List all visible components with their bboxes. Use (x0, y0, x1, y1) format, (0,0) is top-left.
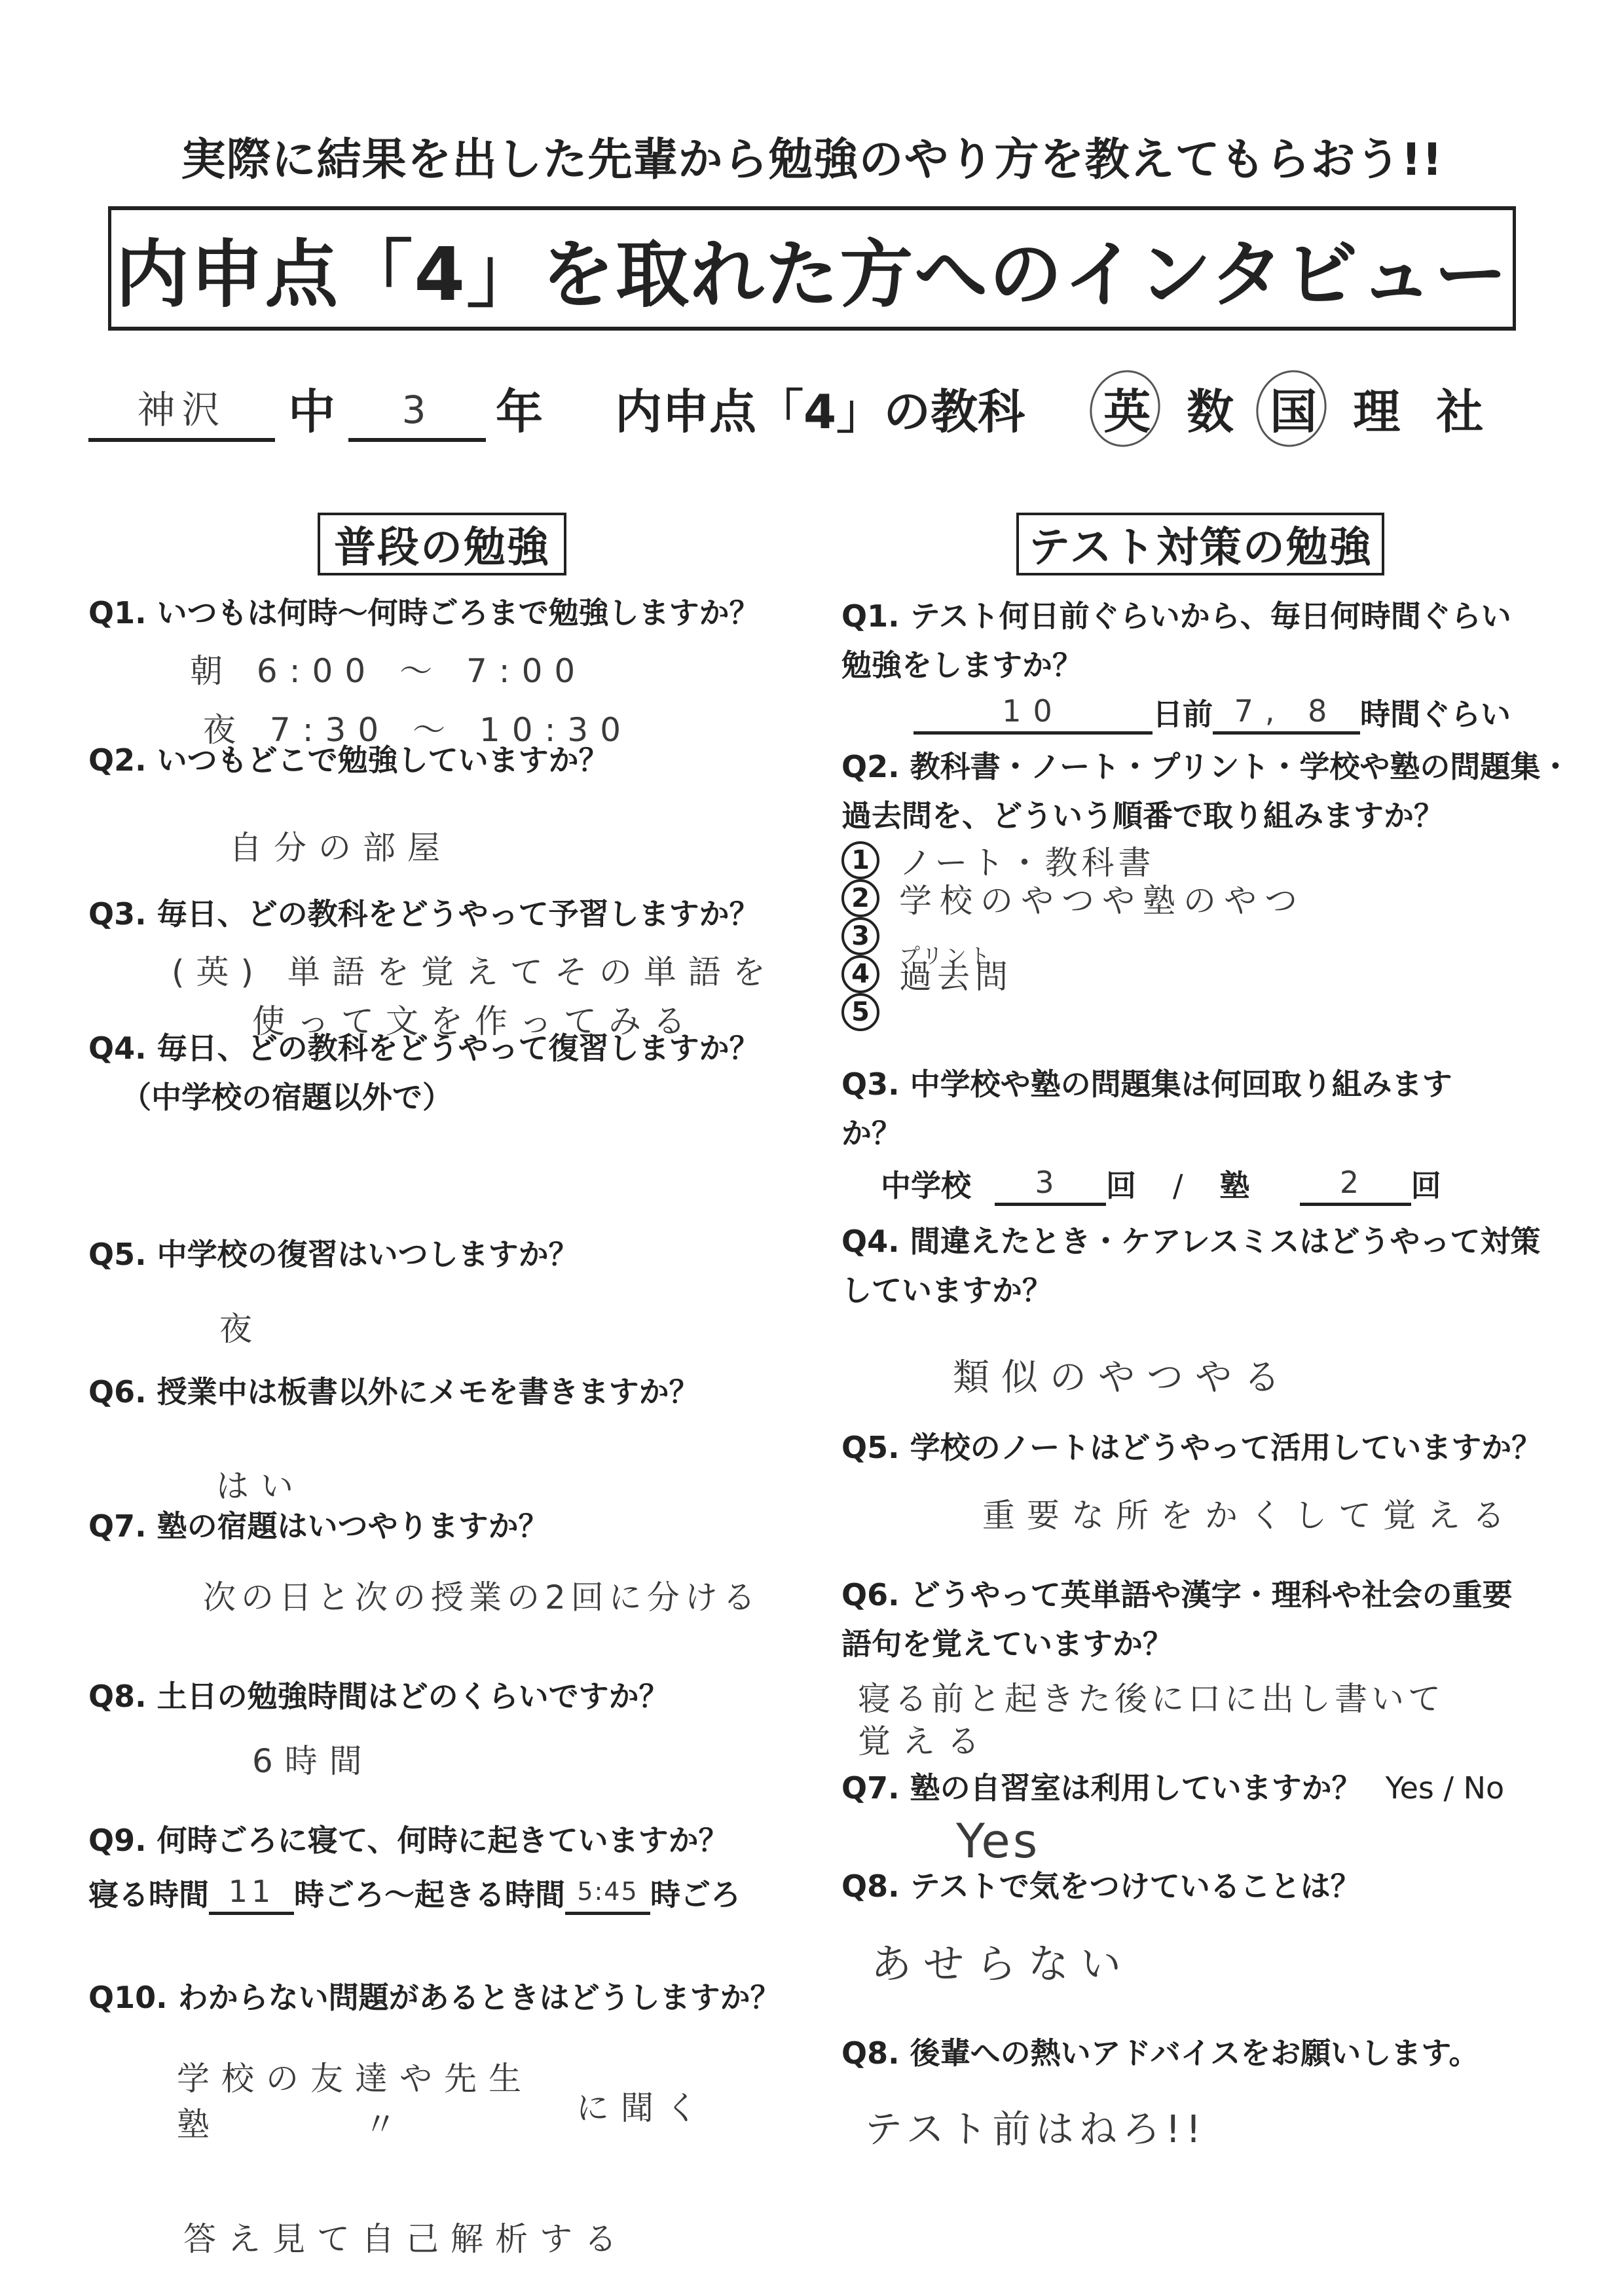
test-q4-line2: していますか？ (841, 1270, 1052, 1311)
daily-q5-answer: 夜 (219, 1303, 264, 1350)
days-before-field[interactable]: 10 (913, 691, 1153, 735)
test-q5: Q5. 学校のノートはどうやって活用していますか？ (841, 1427, 1541, 1468)
test-q3-line2: か？ (841, 1113, 902, 1154)
test-q7-text: Q7. 塾の自習室は利用していますか？ (841, 1770, 1362, 1806)
sleep-time-field[interactable]: 11 (209, 1871, 294, 1915)
grade-value: 3 (402, 388, 433, 432)
section-heading-daily-text: 普段の勉強 (334, 514, 550, 574)
tagline: 実際に結果を出した先輩から勉強のやり方を教えてもらおう!! (0, 124, 1624, 188)
grade-field[interactable]: 3 (348, 375, 486, 442)
wake-suffix: 時ごろ (650, 1877, 741, 1912)
separator: / (1173, 1168, 1183, 1203)
test-q6-line1: Q6. どうやって英単語や漢字・理科や社会の重要 (841, 1575, 1513, 1615)
wake-time-field[interactable]: 5:45 (565, 1869, 650, 1915)
days-before-value: 10 (1002, 693, 1064, 729)
order-num-1: 1 (841, 841, 879, 879)
subject-science[interactable]: 理 (1353, 374, 1400, 442)
hours-suffix: 時間ぐらい (1360, 697, 1511, 732)
school-suffix: 中 (288, 374, 335, 442)
order-item-5: 5 (841, 993, 1305, 1031)
times-suffix-2: 回 (1411, 1168, 1441, 1203)
order-value-2: 学校のやつや塾のやつ (899, 875, 1305, 922)
test-q5-answer: 重要な所をかくして覚える (982, 1489, 1517, 1537)
juku-workbook-times-value: 2 (1340, 1165, 1371, 1200)
times-suffix-1: 回 (1106, 1168, 1136, 1203)
order-value-3: プリント (899, 939, 993, 970)
hours-per-day-value: 7, 8 (1234, 693, 1339, 729)
wake-time-value: 5:45 (577, 1877, 638, 1906)
school-workbook-times-value: 3 (1035, 1165, 1065, 1200)
juku-workbook-times-field[interactable]: 2 (1300, 1162, 1411, 1206)
test-q1-line1: Q1. テスト何日前ぐらいから、毎日何時間ぐらい (841, 596, 1511, 636)
subject-japanese[interactable]: 国 (1270, 374, 1317, 442)
test-q2-line1: Q2. 教科書・ノート・プリント・学校や塾の問題集・ (841, 746, 1570, 787)
daily-q10: Q10. わからない問題があるときはどうしますか？ (88, 1977, 781, 2018)
school-name-value: 神沢 (137, 388, 226, 432)
daily-q8: Q8. 土日の勉強時間はどのくらいですか？ (88, 1676, 669, 1717)
daily-q5: Q5. 中学校の復習はいつしますか？ (88, 1234, 579, 1275)
daily-q3-answer-1: (英) 単語を覚えてその単語を (172, 946, 777, 993)
school-workbook-times-field[interactable]: 3 (995, 1162, 1106, 1206)
subject-english[interactable]: 英 (1103, 374, 1151, 442)
test-q3-answer-line: 中学校 3回 / 塾 2回 (881, 1162, 1441, 1206)
school-info-line: 神沢 中 3 年 内申点「4」の教科 英 数 国 理 社 (88, 370, 1483, 442)
section-heading-test: テスト対策の勉強 (1016, 513, 1384, 575)
test-q6-answer-1: 寝る前と起きた後に口に出し書いて (858, 1673, 1445, 1720)
sleep-label: 寝る時間 (88, 1877, 209, 1912)
daily-q10-answer-4: 答え見て自己解析する (183, 2213, 629, 2260)
test-q8-answer: あせらない (871, 1931, 1133, 1990)
section-heading-test-text: テスト対策の勉強 (1028, 514, 1372, 574)
daily-q6-answer: はい (216, 1460, 305, 1507)
test-q1-answer-line: 10日前7, 8時間ぐらい (913, 691, 1511, 735)
subject-math[interactable]: 数 (1187, 374, 1234, 442)
daily-q9-answer-line: 寝る時間11時ごろ～起きる時間5:45時ごろ (88, 1869, 741, 1915)
sleep-time-value: 11 (229, 1874, 275, 1909)
test-q9-advice-answer: テスト前はねろ!! (864, 2098, 1206, 2153)
daily-q1-answer-1: 朝 6:00 ～ 7:00 (190, 645, 587, 692)
daily-q7: Q7. 塾の宿題はいつやりますか？ (88, 1506, 549, 1546)
test-q4-line1: Q4. 間違えたとき・ケアレスミスはどうやって対策 (841, 1221, 1540, 1262)
order-item-1: 1 ノート・教科書 (841, 841, 1305, 879)
daily-q7-answer: 次の日と次の授業の2回に分ける (203, 1571, 761, 1618)
grade-suffix: 年 (496, 374, 543, 442)
test-q8: Q8. テストで気をつけていることは？ (841, 1866, 1361, 1906)
daily-q2-answer: 自分の部屋 (229, 822, 452, 869)
test-q7-answer: Yes (956, 1813, 1040, 1868)
order-item-3: 3 プリント (841, 917, 1305, 955)
subject-social: 社 (1436, 374, 1483, 442)
daily-q8-answer: 6時間 (252, 1735, 374, 1782)
sleep-suffix: 時ごろ～起きる時間 (294, 1877, 565, 1912)
test-q6-line2: 語句を覚えていますか？ (841, 1624, 1173, 1664)
order-num-2: 2 (841, 879, 879, 917)
daily-q3: Q3. 毎日、どの教科をどうやって予習しますか？ (88, 894, 760, 934)
subjects-label: 内申点「4」の教科 (615, 374, 1025, 442)
order-num-3: 3 (841, 917, 879, 955)
daily-q9: Q9. 何時ごろに寝て、何時に起きていますか？ (88, 1820, 729, 1861)
test-q2-line2: 過去問を、どういう順番で取り組みますか？ (841, 795, 1444, 836)
juku-workbook-label: 塾 (1220, 1168, 1250, 1203)
school-name-field[interactable]: 神沢 (88, 375, 275, 442)
yes-no-options[interactable]: Yes / No (1386, 1770, 1505, 1806)
days-suffix: 日前 (1153, 697, 1213, 732)
order-list: 1 ノート・教科書 2 学校のやつや塾のやつ 3 プリント 4 過去問 5 (841, 841, 1305, 1031)
daily-q6: Q6. 授業中は板書以外にメモを書きますか？ (88, 1372, 699, 1412)
order-item-2: 2 学校のやつや塾のやつ (841, 879, 1305, 917)
page-title: 内申点「4」を取れた方へのインタビュー (108, 206, 1516, 331)
order-num-5: 5 (841, 993, 879, 1031)
order-num-4: 4 (841, 955, 879, 993)
test-q4-answer: 類似のやつやる (953, 1349, 1292, 1401)
school-workbook-label: 中学校 (881, 1168, 971, 1203)
daily-q2: Q2. いつもどこで勉強していますか？ (88, 740, 609, 780)
daily-q10-answer-1: 学校の友達や先生 (177, 2052, 533, 2100)
test-q1-line2: 勉強をしますか？ (841, 645, 1082, 685)
hours-per-day-field[interactable]: 7, 8 (1213, 691, 1360, 735)
daily-q10-answer-2: 塾 〃 (177, 2098, 469, 2145)
daily-q4-sub: （中学校の宿題以外で） (121, 1077, 452, 1118)
test-q9-advice: Q8. 後輩への熱いアドバイスをお願いします。 (841, 2033, 1479, 2073)
page-title-text: 内申点「4」を取れた方へのインタビュー (115, 216, 1508, 321)
test-q7: Q7. 塾の自習室は利用していますか？ Yes / No (841, 1768, 1504, 1808)
test-q6-answer-2: 覚える (858, 1715, 991, 1762)
daily-q1: Q1. いつもは何時～何時ごろまで勉強しますか？ (88, 592, 760, 633)
test-q3-line1: Q3. 中学校や塾の問題集は何回取り組みます (841, 1064, 1452, 1104)
daily-q4: Q4. 毎日、どの教科をどうやって復習しますか？ (88, 1028, 760, 1068)
daily-q10-answer-3: に聞く (576, 2082, 710, 2129)
section-heading-daily: 普段の勉強 (318, 513, 566, 575)
